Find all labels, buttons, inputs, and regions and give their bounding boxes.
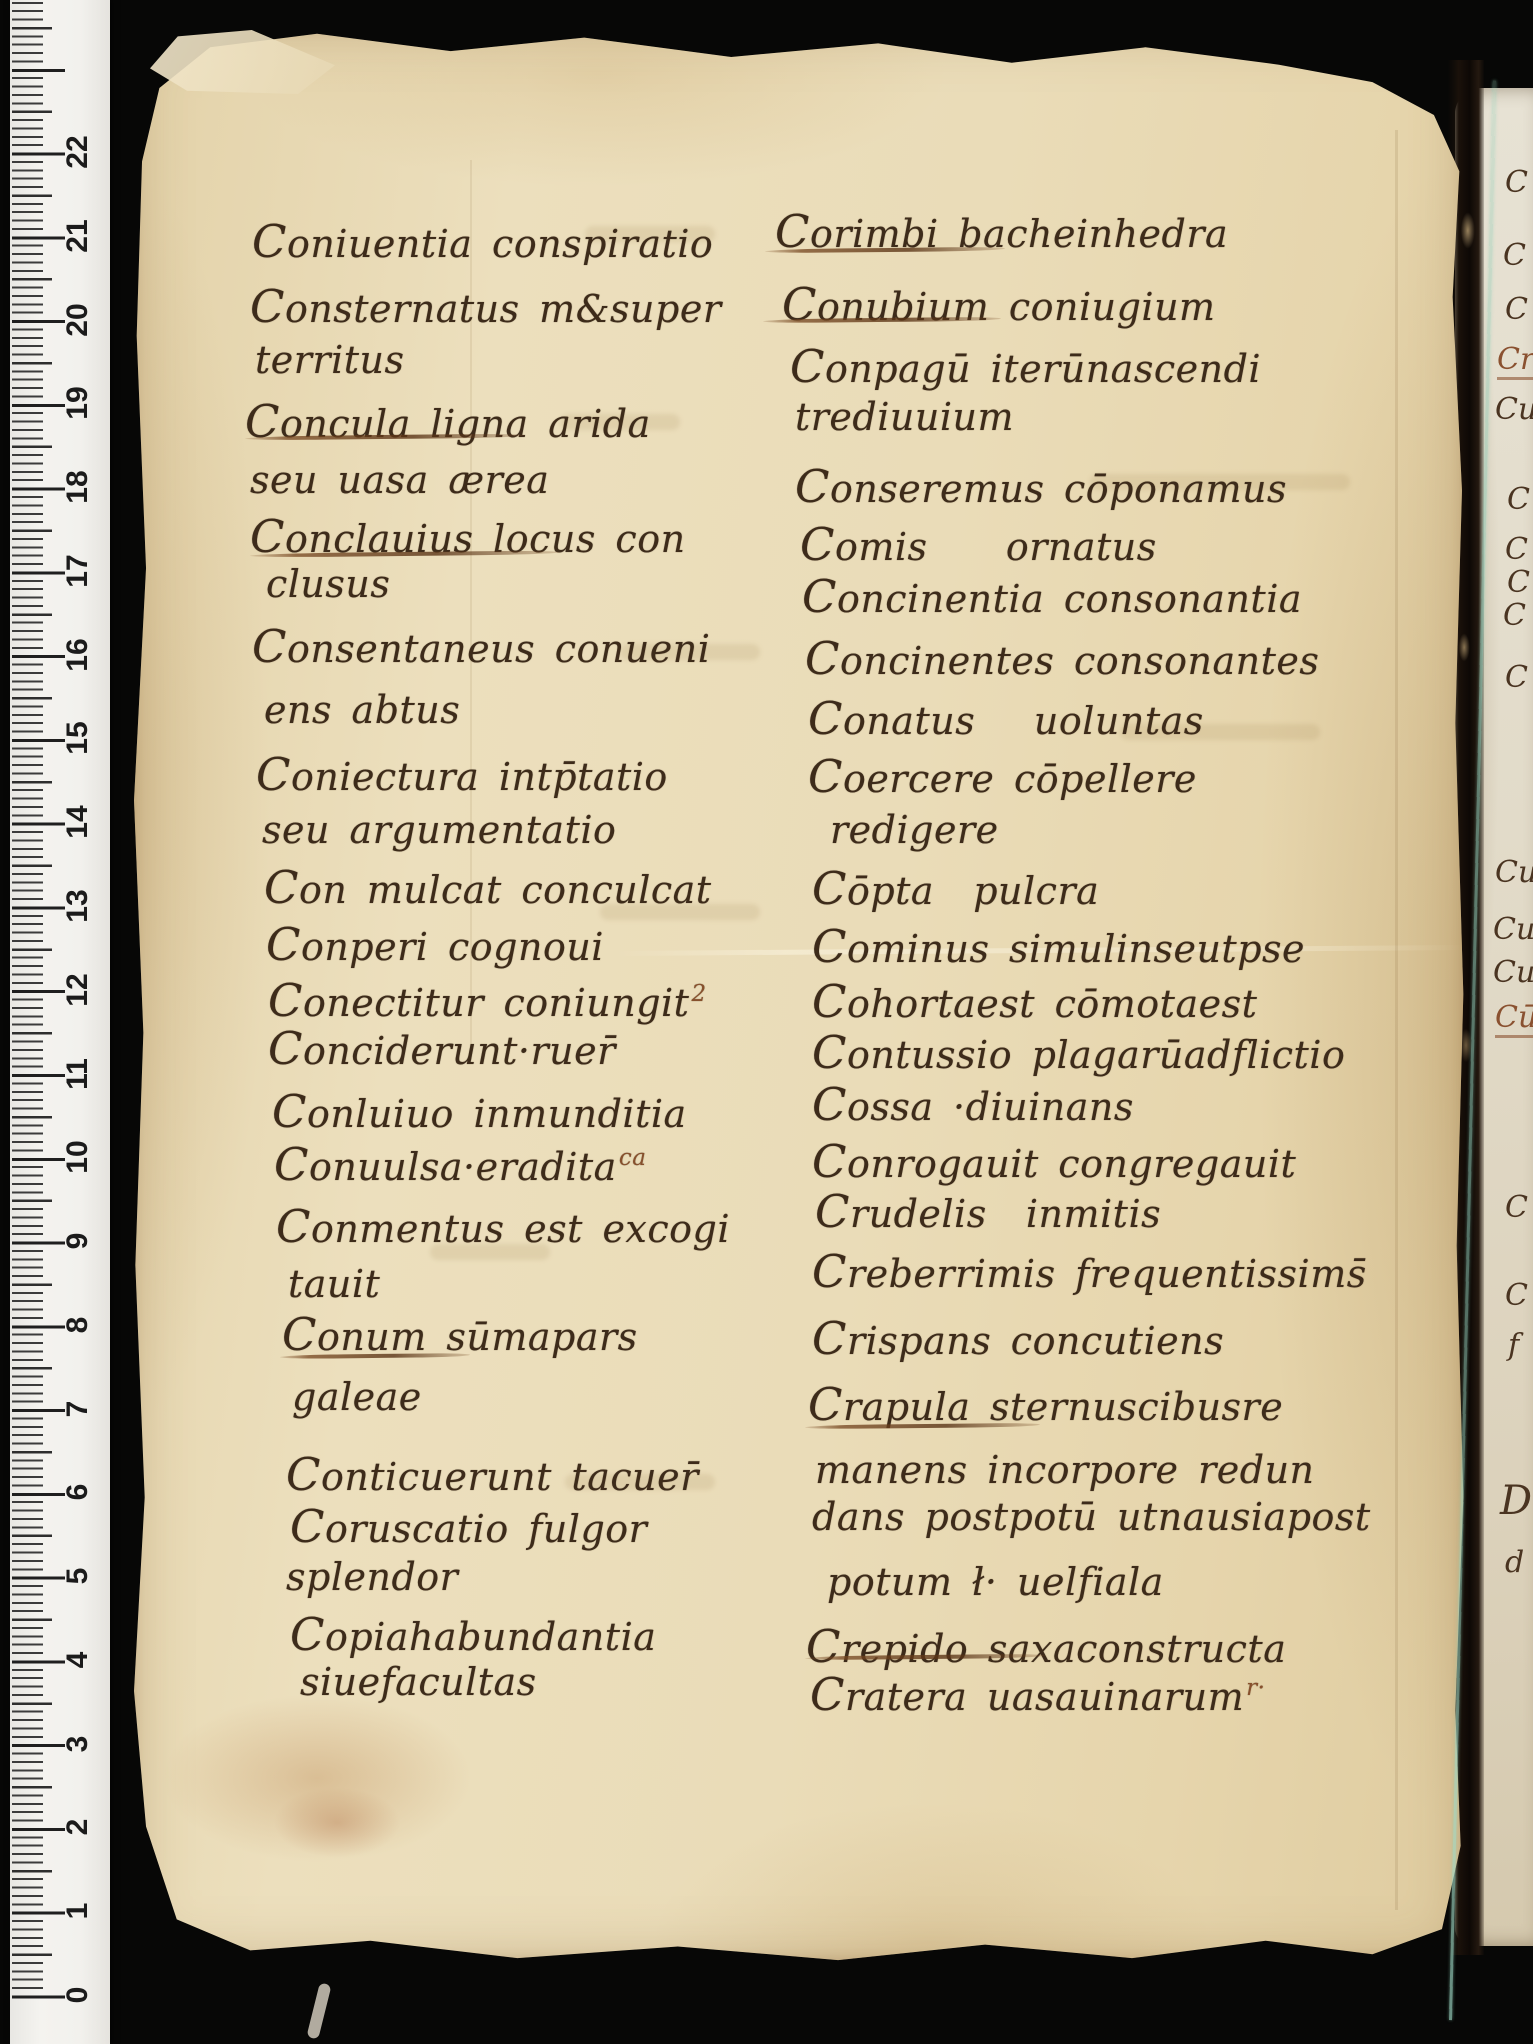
- ruler-label: 4: [54, 1636, 102, 1684]
- parchment-crease: [1395, 130, 1398, 1910]
- facing-page-fragment: C: [1507, 565, 1530, 600]
- manuscript-line: tauit: [288, 1262, 380, 1306]
- manuscript-line: Consentaneus conueni: [252, 620, 710, 673]
- manuscript-line: Crapula sternuscibusre: [808, 1378, 1283, 1431]
- manuscript-line: Conuulsa·eraditaca: [274, 1138, 646, 1191]
- ruler-label: 15: [54, 714, 102, 762]
- ruler-label: 11: [54, 1050, 102, 1098]
- ruler-label: 16: [54, 631, 102, 679]
- line-text: Conectitur coniungit: [268, 981, 689, 1025]
- facing-page-fragment: Cr: [1497, 342, 1533, 380]
- facing-page-fragment: C: [1505, 292, 1528, 327]
- manuscript-line: Conticuerunt tacuer̄: [286, 1448, 699, 1501]
- manuscript-line: Coniuentia conspiratio: [252, 215, 713, 268]
- ruler-label: 21: [54, 212, 102, 260]
- facing-page-fragment: C: [1505, 1278, 1528, 1313]
- ruler-label: 3: [54, 1720, 102, 1768]
- ruler-label: 17: [54, 547, 102, 595]
- ruler-label: 7: [54, 1385, 102, 1433]
- manuscript-line: Consternatus m&super: [250, 280, 721, 333]
- facing-page-fragment: C: [1505, 532, 1528, 567]
- ruler-label: 19: [54, 379, 102, 427]
- facing-page-fragment: C: [1507, 482, 1530, 517]
- manuscript-line: Crudelis inmitis: [815, 1185, 1161, 1238]
- manuscript-line: Creberrimis frequentissims̄: [812, 1245, 1367, 1298]
- manuscript-line: splendor: [286, 1555, 458, 1599]
- ruler-label: 14: [54, 798, 102, 846]
- facing-page-fragment: D: [1500, 1478, 1532, 1524]
- ruler-label: 5: [54, 1552, 102, 1600]
- manuscript-line: clusus: [266, 562, 390, 606]
- manuscript-line: Concula ligna arida: [245, 395, 651, 448]
- manuscript-line: potum ł· uelfiala: [827, 1560, 1164, 1604]
- manuscript-line: manens incorpore redun: [815, 1448, 1315, 1492]
- manuscript-line: ens abtus: [264, 688, 460, 732]
- manuscript-line: Crispans concutiens: [812, 1312, 1224, 1365]
- manuscript-line: Cratera uasauinarumr·: [810, 1668, 1265, 1721]
- manuscript-line: Cominus simulinseutpse: [812, 920, 1305, 973]
- ruler-label: 1: [54, 1887, 102, 1935]
- ruler-label: 12: [54, 966, 102, 1014]
- manuscript-line: Contussio plagarūadflictio: [812, 1026, 1345, 1079]
- ruler-label: 6: [54, 1468, 102, 1516]
- ruler-label: 10: [54, 1133, 102, 1181]
- abbreviation-mark: 2: [691, 981, 706, 1007]
- facing-page-fragment: f: [1508, 1328, 1519, 1363]
- ruler-label: 0: [54, 1971, 102, 2019]
- ruler-label: 22: [54, 128, 102, 176]
- paper-sliver: [306, 1982, 331, 2039]
- facing-page-fragment: Cū: [1495, 1000, 1533, 1038]
- manuscript-line: dans postpotū utnausiapost: [812, 1495, 1371, 1539]
- manuscript-line: Conciderunt·ruer̄: [268, 1022, 616, 1075]
- manuscript-photo: { "ruler": { "labels": ["22","21","20","…: [0, 0, 1533, 2044]
- ruler-label: 9: [54, 1217, 102, 1265]
- manuscript-line: territus: [255, 338, 405, 382]
- manuscript-line: galeae: [292, 1375, 422, 1419]
- manuscript-line: Cossa ·diuinans: [812, 1078, 1134, 1131]
- facing-page-fragment: C: [1505, 165, 1528, 200]
- manuscript-line: Cohortaest cōmotaest: [812, 975, 1257, 1028]
- ruler-label: 2: [54, 1803, 102, 1851]
- manuscript-line: Concinentes consonantes: [805, 632, 1319, 685]
- manuscript-line: Conatus uoluntas: [808, 692, 1204, 745]
- ruler-label: 18: [54, 463, 102, 511]
- manuscript-line: Conpagū iterūnascendi: [790, 340, 1261, 393]
- manuscript-line: seu argumentatio: [262, 808, 616, 852]
- manuscript-line: Conseremus cōponamus: [795, 460, 1287, 513]
- manuscript-line: Coruscatio fulgor: [290, 1500, 647, 1553]
- ruler-label: 8: [54, 1301, 102, 1349]
- manuscript-line: Conubium coniugium: [782, 278, 1216, 331]
- facing-page-fragment: C: [1505, 660, 1528, 695]
- manuscript-line: Conluiuo inmunditia: [272, 1085, 687, 1138]
- ruler: 22 21 20 19 18 17 16 15 14 13 12 11 10 9…: [10, 0, 110, 2044]
- manuscript-line: trediuuium: [795, 395, 1014, 439]
- facing-page-fragment: Cup: [1495, 855, 1533, 890]
- manuscript-line: Crepido saxaconstructa: [806, 1620, 1286, 1673]
- facing-page-fragment: d: [1505, 1545, 1524, 1580]
- facing-page-fragment: C: [1503, 238, 1526, 273]
- manuscript-line: Conmentus est excogi: [276, 1200, 730, 1253]
- manuscript-line: Con mulcat conculcat: [264, 861, 712, 914]
- manuscript-line: Copiahabundantia: [290, 1608, 656, 1661]
- line-text: Conuulsa·eradita: [274, 1145, 617, 1189]
- facing-page-fragment: Cur: [1495, 392, 1533, 427]
- manuscript-line: seu uasa ærea: [250, 458, 549, 502]
- abbreviation-mark: r·: [1246, 1675, 1265, 1701]
- facing-page-fragment: C: [1505, 1190, 1528, 1225]
- manuscript-line: Cōpta pulcra: [812, 862, 1099, 915]
- manuscript-line: Conrogauit congregauit: [812, 1135, 1296, 1188]
- line-text: Cratera uasauinarum: [810, 1675, 1244, 1719]
- ruler-label: 13: [54, 882, 102, 930]
- manuscript-line: Conperi cognoui: [266, 918, 604, 971]
- facing-page-fragment: Cudt: [1493, 955, 1533, 990]
- facing-page-fragment: C: [1503, 598, 1526, 633]
- manuscript-line: Comis ornatus: [800, 518, 1157, 571]
- manuscript-line: Concinentia consonantia: [802, 570, 1302, 623]
- interlinear-addition: ca: [619, 1145, 647, 1171]
- manuscript-line: Coniectura intp̄tatio: [256, 748, 668, 801]
- manuscript-line: Coercere cōpellere: [808, 750, 1197, 803]
- manuscript-line: Conectitur coniungit2: [268, 974, 707, 1027]
- manuscript-line: siuefacultas: [300, 1660, 537, 1704]
- ruler-label: 20: [54, 296, 102, 344]
- manuscript-line: redigere: [830, 808, 999, 852]
- facing-page-fragment: Cura: [1493, 912, 1533, 947]
